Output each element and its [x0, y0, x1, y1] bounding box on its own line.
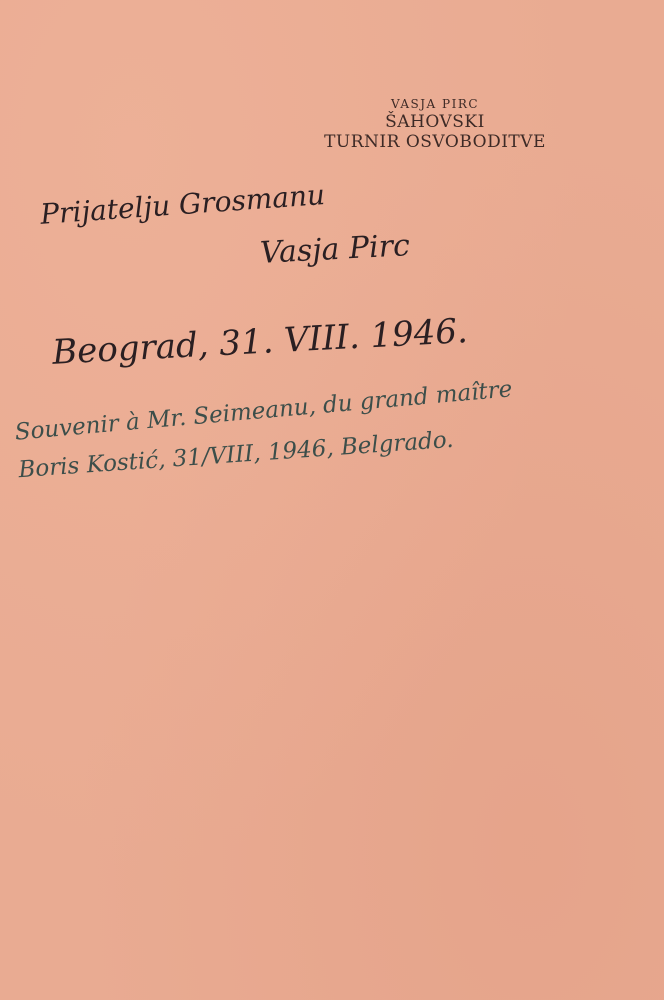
handwritten-signature: Vasja Pirc	[259, 228, 410, 271]
handwritten-place-date: Beograd, 31. VIII. 1946.	[51, 311, 468, 373]
printed-header: VASJA PIRC ŠAHOVSKI TURNIR OSVOBODITVE	[290, 96, 580, 152]
book-title-line-1: ŠAHOVSKI	[290, 112, 580, 132]
author-name: VASJA PIRC	[290, 96, 580, 112]
handwritten-dedication: Prijatelju Grosmanu	[39, 178, 326, 231]
book-title-line-2: TURNIR OSVOBODITVE	[290, 132, 580, 152]
flyleaf-page: VASJA PIRC ŠAHOVSKI TURNIR OSVOBODITVE P…	[0, 0, 664, 1000]
